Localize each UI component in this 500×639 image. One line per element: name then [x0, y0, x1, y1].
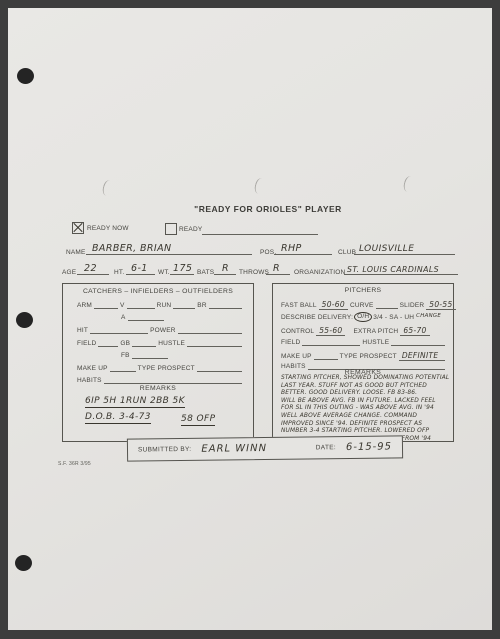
bats-label: BATS	[197, 269, 214, 276]
a-label: A	[121, 314, 126, 321]
throws-line	[266, 274, 290, 275]
slider-value: 50-55	[426, 300, 455, 310]
fielders-box: CATCHERS – INFIELDERS – OUTFIELDERS ARM …	[62, 283, 254, 442]
organization-value: ST. LOUIS CARDINALS	[347, 265, 439, 274]
name-line	[86, 254, 252, 255]
control-label: CONTROL	[281, 328, 314, 335]
blank-line	[90, 326, 148, 334]
ht-value: 6-1	[131, 263, 148, 274]
pos-line	[274, 254, 332, 255]
fb-label: FB	[121, 352, 130, 359]
arm-row: ARM V RUN BR	[77, 301, 244, 309]
a-row: A	[77, 313, 244, 321]
gb-label: GB	[120, 340, 130, 347]
wt-value: 175	[173, 263, 192, 274]
bats-line	[214, 274, 236, 275]
remarks-line: LAST YEAR. STUFF NOT AS GOOD BUT PITCHED	[281, 383, 449, 391]
remarks-line: NUMBER 3-4 STARTING PITCHER. LOWERED OFP	[281, 428, 449, 436]
blank-line	[302, 338, 360, 346]
date-label: DATE:	[316, 444, 336, 451]
wt-label: WT.	[158, 269, 170, 276]
habits-label: HABITS	[77, 377, 102, 384]
scanned-document: "READY FOR ORIOLES" PLAYER READY NOW REA…	[0, 0, 500, 639]
fastball-row: FAST BALL 50-60 CURVE SLIDER 50-55	[281, 299, 447, 309]
blank-line	[197, 364, 242, 372]
blank-line	[314, 352, 338, 360]
delivery-change-note: CHANGE	[416, 313, 441, 319]
hit-label: HIT	[77, 327, 88, 334]
blank-line	[187, 339, 242, 347]
pos-value: RHP	[281, 243, 302, 254]
remarks-line: FOR SL IN THIS OUTING - WAS ABOVE AVG. I…	[281, 405, 449, 413]
remarks-line: WELL ABOVE AVERAGE CHANGE. COMMAND	[281, 413, 449, 421]
name-label: NAME	[66, 249, 86, 256]
club-line	[354, 254, 455, 255]
makeup-label: MAKE UP	[281, 353, 312, 360]
type-prospect-value: DEFINITE	[399, 351, 445, 361]
ready-now-checkbox	[72, 222, 84, 234]
extra-pitch-value: 65-70	[400, 326, 429, 336]
date-value: 6-15-95	[346, 441, 392, 453]
blank-line	[132, 351, 168, 359]
remarks-dob: D.O.B. 3-4-73	[85, 412, 151, 424]
ht-line	[126, 274, 155, 275]
ready-checkbox	[165, 223, 177, 235]
remarks-line: STARTING PITCHER, SHOWED DOMINATING POTE…	[281, 375, 449, 383]
blank-line	[376, 301, 398, 309]
punch-hole	[15, 555, 32, 571]
habits-row: HABITS	[77, 376, 244, 384]
delivery-circled-option: O/H	[354, 312, 372, 322]
v-label: V	[120, 302, 125, 309]
punch-hole	[17, 68, 34, 84]
throws-label: THROWS	[239, 269, 269, 276]
pitcher-remarks-text: STARTING PITCHER, SHOWED DOMINATING POTE…	[281, 375, 449, 443]
blank-line	[94, 301, 118, 309]
remarks-title: REMARKS	[63, 385, 253, 392]
age-line	[77, 274, 109, 275]
ready-now-label: READY NOW	[87, 225, 129, 232]
delivery-options: 3/4 - SA - UH	[373, 314, 414, 321]
club-value: LOUISVILLE	[359, 244, 414, 254]
makeup-row: MAKE UP TYPE PROSPECT DEFINITE	[281, 350, 447, 360]
ht-label: HT.	[114, 269, 124, 276]
field-row: FIELD HUSTLE	[281, 338, 447, 346]
control-row: CONTROL 55-60 EXTRA PITCH 65-70	[281, 325, 447, 335]
bats-value: R	[222, 263, 229, 274]
pen-mark	[253, 177, 267, 195]
field-label: FIELD	[77, 340, 96, 347]
organization-line	[344, 274, 458, 275]
spacer	[267, 448, 316, 449]
pen-mark	[402, 175, 416, 193]
blank-line	[127, 301, 155, 309]
fastball-value: 50-60	[319, 300, 348, 310]
spacer	[77, 314, 121, 321]
br-label: BR	[197, 302, 206, 309]
field-row: FIELD GB HUSTLE	[77, 339, 244, 347]
pen-mark	[101, 179, 115, 197]
spacer	[77, 352, 121, 359]
delivery-label: DESCRIBE DELIVERY:	[281, 314, 353, 321]
fastball-label: FAST BALL	[281, 302, 317, 309]
blank-line	[178, 326, 242, 334]
type-prospect-label: TYPE PROSPECT	[340, 353, 397, 360]
submitted-bar: SUBMITTED BY: EARL WINN DATE: 6-15-95	[127, 435, 403, 461]
submitted-by-value: EARL WINN	[201, 443, 267, 455]
blank-line	[98, 339, 118, 347]
ready-label: READY	[179, 226, 202, 233]
wt-line	[170, 274, 194, 275]
fielders-box-title: CATCHERS – INFIELDERS – OUTFIELDERS	[63, 288, 253, 295]
blank-line	[128, 313, 164, 321]
type-prospect-label: TYPE PROSPECT	[138, 365, 195, 372]
ready-blank-line	[202, 234, 318, 235]
pitchers-box: PITCHERS FAST BALL 50-60 CURVE SLIDER 50…	[272, 283, 454, 442]
form-code: S.F. 36R 3/95	[58, 461, 91, 467]
blank-line	[391, 338, 445, 346]
arm-label: ARM	[77, 302, 92, 309]
slider-label: SLIDER	[400, 302, 425, 309]
blank-line	[209, 301, 242, 309]
form-title: "READY FOR ORIOLES" PLAYER	[148, 204, 388, 214]
makeup-label: MAKE UP	[77, 365, 108, 372]
punch-hole	[16, 312, 33, 328]
blank-line	[104, 376, 242, 384]
submitted-by-label: SUBMITTED BY:	[138, 446, 191, 454]
field-label: FIELD	[281, 339, 300, 346]
name-value: BARBER, BRIAN	[92, 243, 172, 254]
makeup-row: MAKE UP TYPE PROSPECT	[77, 364, 244, 372]
blank-line	[132, 339, 156, 347]
power-label: POWER	[150, 327, 176, 334]
hustle-label: HUSTLE	[158, 340, 185, 347]
remarks-stat-line: 6IP 5H 1RUN 2BB 5K	[85, 396, 185, 408]
pitchers-box-title: PITCHERS	[273, 287, 453, 294]
control-value: 55-60	[316, 326, 345, 336]
remarks-line: BETTER. GOOD DELIVERY. LOOSE. FB 83-86.	[281, 390, 449, 398]
curve-label: CURVE	[350, 302, 374, 309]
hustle-label: HUSTLE	[362, 339, 389, 346]
blank-line	[173, 301, 195, 309]
hit-row: HIT POWER	[77, 326, 244, 334]
remarks-ofp: 58 OFP	[181, 414, 215, 426]
run-label: RUN	[157, 302, 172, 309]
throws-value: R	[273, 263, 280, 274]
organization-label: ORGANIZATION	[294, 269, 345, 276]
age-value: 22	[84, 263, 97, 274]
blank-line	[110, 364, 136, 372]
fb-row: FB	[77, 351, 244, 359]
remarks-line: WILL BE ABOVE AVG. FB IN FUTURE. LACKED …	[281, 398, 449, 406]
delivery-row: DESCRIBE DELIVERY: O/H 3/4 - SA - UH CHA…	[281, 312, 447, 322]
paper-sheet: "READY FOR ORIOLES" PLAYER READY NOW REA…	[8, 8, 492, 630]
extra-pitch-label: EXTRA PITCH	[353, 328, 398, 335]
remarks-line: IMPROVED SINCE '94. DEFINITE PROSPECT AS	[281, 421, 449, 429]
age-label: AGE	[62, 269, 76, 276]
